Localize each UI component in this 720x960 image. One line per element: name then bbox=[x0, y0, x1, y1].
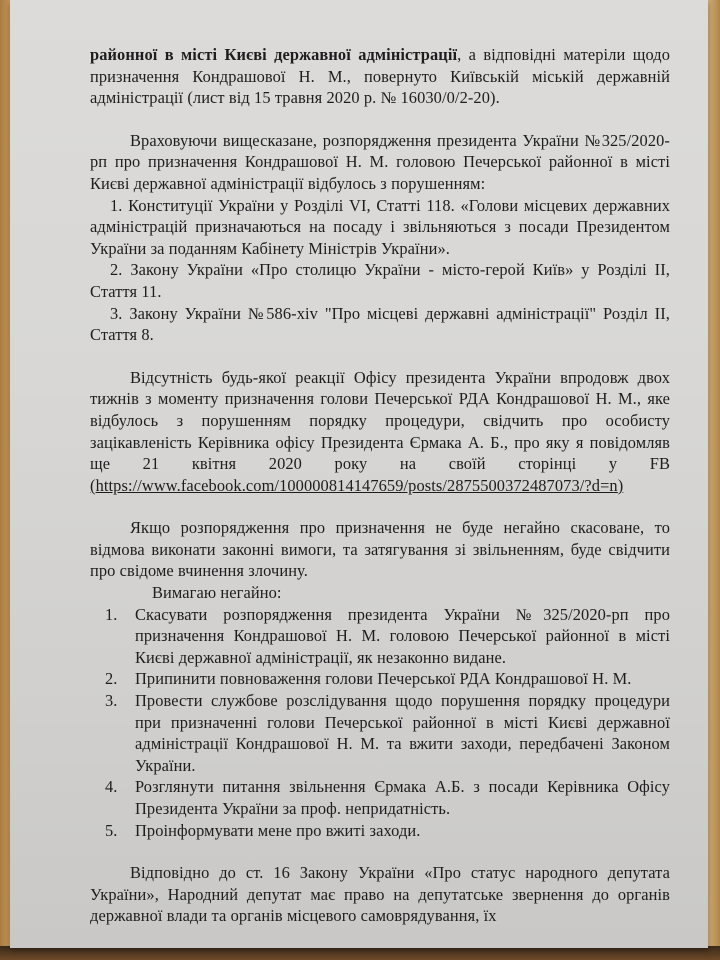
spacer bbox=[90, 841, 670, 862]
demand-number: 3. bbox=[105, 690, 118, 712]
link-url[interactable]: https://www.facebook.com/100000814147659… bbox=[96, 476, 618, 495]
facebook-post-link[interactable]: (https://www.facebook.com/10000081414765… bbox=[90, 476, 623, 495]
demand-item: 3.Провести службове розслідування щодо п… bbox=[90, 690, 670, 776]
warning-paragraph: Якщо розпорядження про призначення не бу… bbox=[90, 517, 670, 582]
demand-item: 5.Проінформувати мене про вжиті заходи. bbox=[90, 820, 670, 842]
demand-item: 4.Розглянути питання звільнення Єрмака А… bbox=[90, 776, 670, 819]
demand-number: 4. bbox=[105, 776, 118, 798]
demand-text: Провести службове розслідування щодо пор… bbox=[135, 691, 670, 775]
spacer bbox=[90, 346, 670, 367]
intro-paragraph: районної в місті Києві державної адмініс… bbox=[90, 44, 670, 109]
document-body: районної в місті Києві державної адмініс… bbox=[90, 44, 670, 927]
demands-list: 1.Скасувати розпорядження президента Укр… bbox=[90, 604, 670, 842]
closing-paragraph: Відповідно до ст. 16 Закону України «Про… bbox=[90, 862, 670, 927]
demands-intro: Вимагаю негайно: bbox=[90, 582, 670, 604]
considering-paragraph: Враховуючи вищесказане, розпорядження пр… bbox=[90, 130, 670, 195]
violation-item: 1. Конституції України у Розділі VI, Ста… bbox=[90, 195, 670, 260]
demand-item: 2.Припинити повноваження голови Печерськ… bbox=[90, 668, 670, 690]
intro-bold-text: районної в місті Києві державної адмініс… bbox=[90, 45, 457, 64]
demand-text: Скасувати розпорядження президента Украї… bbox=[135, 605, 670, 667]
demand-text: Проінформувати мене про вжиті заходи. bbox=[135, 821, 420, 840]
no-reaction-text: Відсутність будь-якої реакції Офісу през… bbox=[90, 368, 670, 473]
violations-list: 1. Конституції України у Розділі VI, Ста… bbox=[90, 195, 670, 346]
spacer bbox=[90, 109, 670, 130]
demand-text: Припинити повноваження голови Печерської… bbox=[135, 669, 631, 688]
violation-item: 2. Закону України «Про столицю України -… bbox=[90, 259, 670, 302]
no-reaction-paragraph: Відсутність будь-якої реакції Офісу през… bbox=[90, 367, 670, 497]
link-close-paren: ) bbox=[618, 476, 624, 495]
demand-text: Розглянути питання звільнення Єрмака А.Б… bbox=[135, 777, 670, 818]
demand-number: 1. bbox=[105, 604, 118, 626]
desk-surface-left bbox=[0, 0, 10, 960]
demand-item: 1.Скасувати розпорядження президента Укр… bbox=[90, 604, 670, 669]
violation-item: 3. Закону України №586-xiv "Про місцеві … bbox=[90, 303, 670, 346]
demand-number: 2. bbox=[105, 668, 118, 690]
spacer bbox=[90, 496, 670, 517]
demand-number: 5. bbox=[105, 820, 118, 842]
paper-sheet: районної в місті Києві державної адмініс… bbox=[10, 0, 708, 948]
desk-surface-right bbox=[708, 0, 720, 960]
desk-surface-bottom bbox=[0, 946, 720, 960]
